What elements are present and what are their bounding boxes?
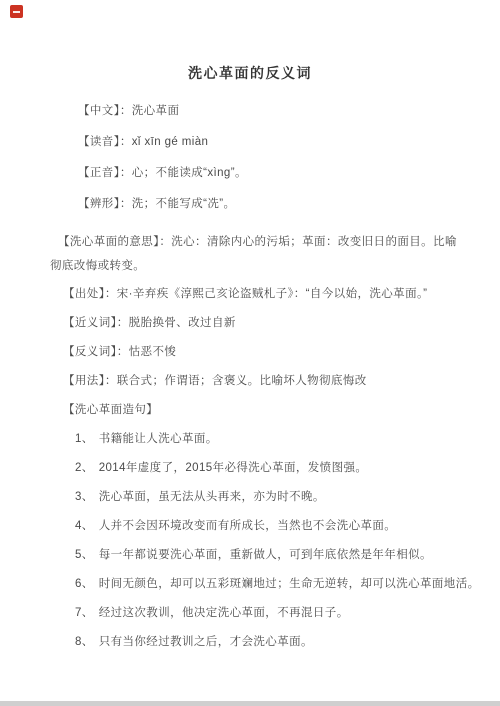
entry-label: 【用法】 xyxy=(63,375,105,387)
page-title: 洗心革面的反义词 xyxy=(0,0,500,82)
entry-text: ：宋·辛弃疾《淳熙己亥论盗贼札子》：“自今以始，洗心革面。” xyxy=(105,288,428,300)
sentence-number: 6、 xyxy=(75,578,94,590)
entry-row-meaning: 【洗心革面的意思】：洗心：清除内心的污垢；革面：改变旧日的面目。比喻彻底改悔或转… xyxy=(50,230,462,278)
sentence-number: 1、 xyxy=(75,433,94,445)
entry-label: 【洗心革面造句】 xyxy=(63,404,158,416)
entry-label: 【读音】 xyxy=(78,136,120,148)
entry-text: ：联合式；作谓语；含褒义。比喻坏人物彻底悔改 xyxy=(105,375,367,387)
page-bottom-edge xyxy=(0,701,500,706)
sentence-text: 时间无颜色，却可以五彩斑斓地过；生命无逆转，却可以洗心革面地活。 xyxy=(99,578,480,590)
sentence-row: 7、经过这次教训，他决定洗心革面，不再混日子。 xyxy=(75,605,494,621)
document-page: 洗心革面的反义词 【中文】：洗心革面 【读音】：xǐ xīn gé miàn 【… xyxy=(0,0,500,706)
sentence-row: 8、只有当你经过教训之后，才会洗心革面。 xyxy=(75,634,494,650)
sentences-header: 【洗心革面造句】 xyxy=(63,402,500,418)
entry-row-pronunciation: 【正音】：心；不能读成“xìng”。 xyxy=(78,165,500,181)
entry-label: 【正音】 xyxy=(78,167,120,179)
entry-row-antonyms: 【反义词】：怙恶不悛 xyxy=(63,344,500,360)
entry-label: 【辨形】 xyxy=(78,198,120,210)
entry-label: 【近义词】 xyxy=(63,317,117,329)
entry-text: ：怙恶不悛 xyxy=(117,346,177,358)
sentence-text: 经过这次教训，他决定洗心革面，不再混日子。 xyxy=(99,607,349,619)
sentence-number: 3、 xyxy=(75,491,94,503)
entry-row-synonyms: 【近义词】：脱胎换骨、改过自新 xyxy=(63,315,500,331)
sentence-number: 5、 xyxy=(75,549,94,561)
entry-row-chinese: 【中文】：洗心革面 xyxy=(78,103,500,119)
entry-label: 【反义词】 xyxy=(63,346,117,358)
sentence-row: 4、人并不会因环境改变而有所成长，当然也不会洗心革面。 xyxy=(75,518,494,534)
sentence-row: 3、洗心革面，虽无法从头再来，亦为时不晚。 xyxy=(75,489,494,505)
entry-row-usage: 【用法】：联合式；作谓语；含褒义。比喻坏人物彻底悔改 xyxy=(63,373,500,389)
entry-text: ：xǐ xīn gé miàn xyxy=(120,136,208,148)
entry-text: ：洗；不能写成“冼”。 xyxy=(120,198,236,210)
entry-row-source: 【出处】：宋·辛弃疾《淳熙己亥论盗贼札子》：“自今以始，洗心革面。” xyxy=(63,286,500,302)
entry-text: ：心；不能读成“xìng”。 xyxy=(120,167,247,179)
entry-row-written-form: 【辨形】：洗；不能写成“冼”。 xyxy=(78,196,500,212)
entry-text: ：脱胎换骨、改过自新 xyxy=(117,317,236,329)
sentence-text: 每一年都说要洗心革面，重新做人，可到年底依然是年年相似。 xyxy=(99,549,432,561)
entry-row-pinyin: 【读音】：xǐ xīn gé miàn xyxy=(78,134,500,150)
sentence-text: 只有当你经过教训之后，才会洗心革面。 xyxy=(99,636,313,648)
sentence-text: 书籍能让人洗心革面。 xyxy=(99,433,218,445)
corner-stamp-icon xyxy=(10,5,23,18)
sentence-row: 5、每一年都说要洗心革面，重新做人，可到年底依然是年年相似。 xyxy=(75,547,494,563)
sentence-number: 2、 xyxy=(75,462,94,474)
sentence-text: 2014年虚度了，2015年必得洗心革面，发愤图强。 xyxy=(99,462,368,474)
sentence-number: 4、 xyxy=(75,520,94,532)
sentence-text: 洗心革面，虽无法从头再来，亦为时不晚。 xyxy=(99,491,325,503)
sentence-text: 人并不会因环境改变而有所成长，当然也不会洗心革面。 xyxy=(99,520,397,532)
entry-label: 【出处】 xyxy=(63,288,105,300)
sentence-number: 8、 xyxy=(75,636,94,648)
sentence-number: 7、 xyxy=(75,607,94,619)
entry-label: 【中文】 xyxy=(78,105,120,117)
sentence-row: 2、2014年虚度了，2015年必得洗心革面，发愤图强。 xyxy=(75,460,494,476)
entry-text: ：洗心革面 xyxy=(120,105,180,117)
sentence-row: 1、书籍能让人洗心革面。 xyxy=(75,431,494,447)
sentence-row: 6、时间无颜色，却可以五彩斑斓地过；生命无逆转，却可以洗心革面地活。 xyxy=(75,576,494,592)
entry-label: 【洗心革面的意思】 xyxy=(58,236,159,248)
